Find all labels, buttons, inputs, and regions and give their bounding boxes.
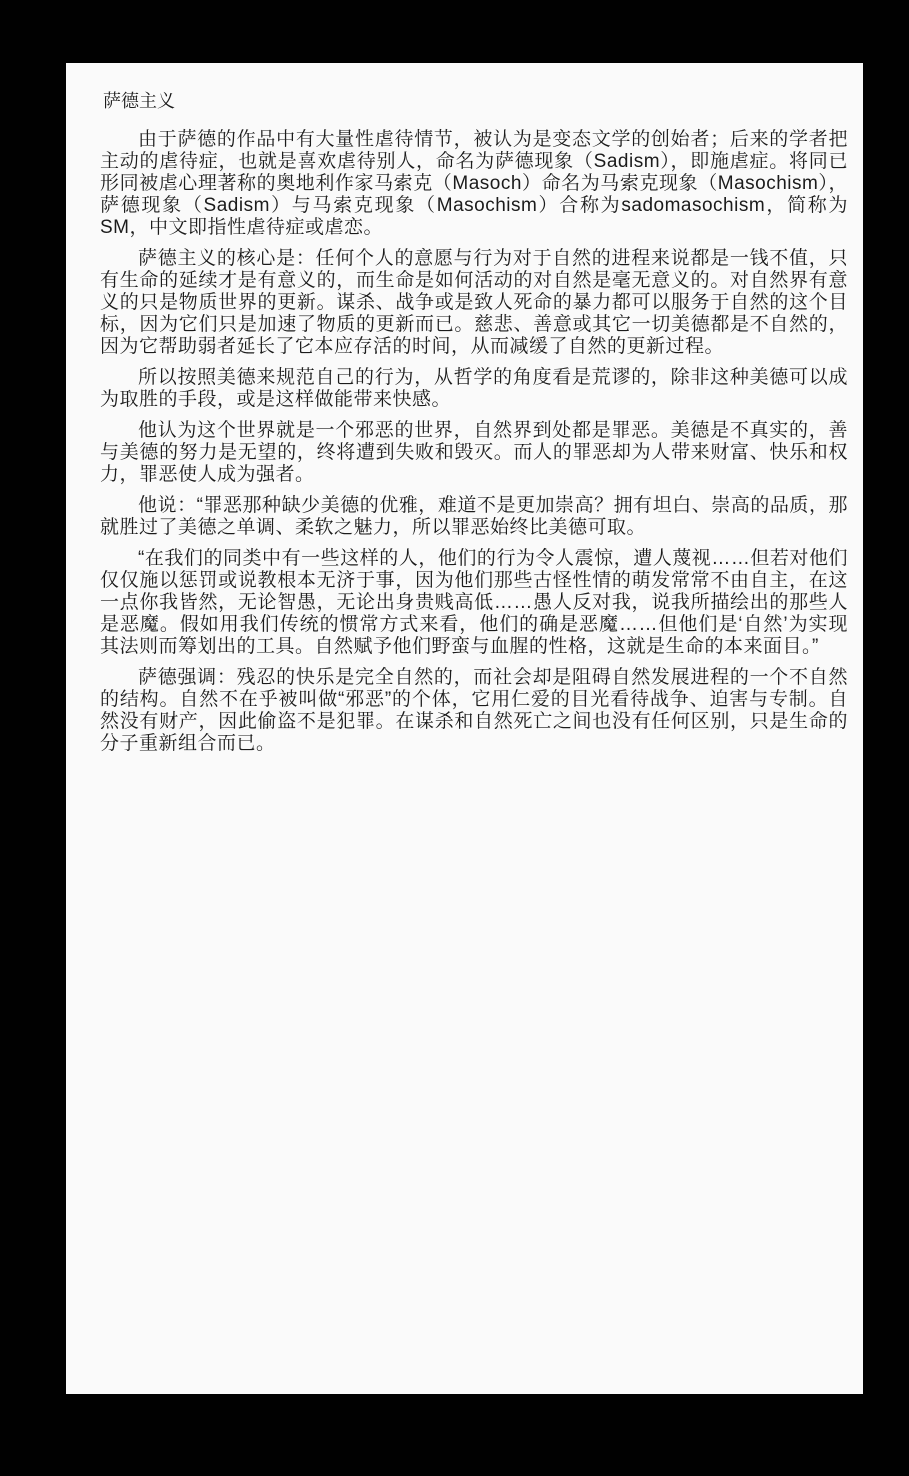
paragraph-3: 所以按照美德来规范自己的行为，从哲学的角度看是荒谬的，除非这种美德可以成为取胜的… <box>100 367 848 411</box>
paragraph-7: 萨德强调：残忍的快乐是完全自然的，而社会却是阻碍自然发展进程的一个不自然的结构。… <box>100 667 848 755</box>
document-page: 萨德主义 由于萨德的作品中有大量性虐待情节，被认为是变态文学的创始者；后来的学者… <box>66 63 863 1394</box>
paragraph-2: 萨德主义的核心是：任何个人的意愿与行为对于自然的进程来说都是一钱不值，只有生命的… <box>100 248 848 358</box>
paragraph-4: 他认为这个世界就是一个邪恶的世界，自然界到处都是罪恶。美德是不真实的，善与美德的… <box>100 420 848 486</box>
paragraph-1: 由于萨德的作品中有大量性虐待情节，被认为是变态文学的创始者；后来的学者把主动的虐… <box>100 129 848 239</box>
paragraph-5: 他说：“罪恶那种缺少美德的优雅，难道不是更加崇高？拥有坦白、崇高的品质，那就胜过… <box>100 495 848 539</box>
page-title: 萨德主义 <box>103 90 848 112</box>
paragraph-6: “在我们的同类中有一些这样的人，他们的行为令人震惊，遭人蔑视……但若对他们仅仅施… <box>100 548 848 658</box>
